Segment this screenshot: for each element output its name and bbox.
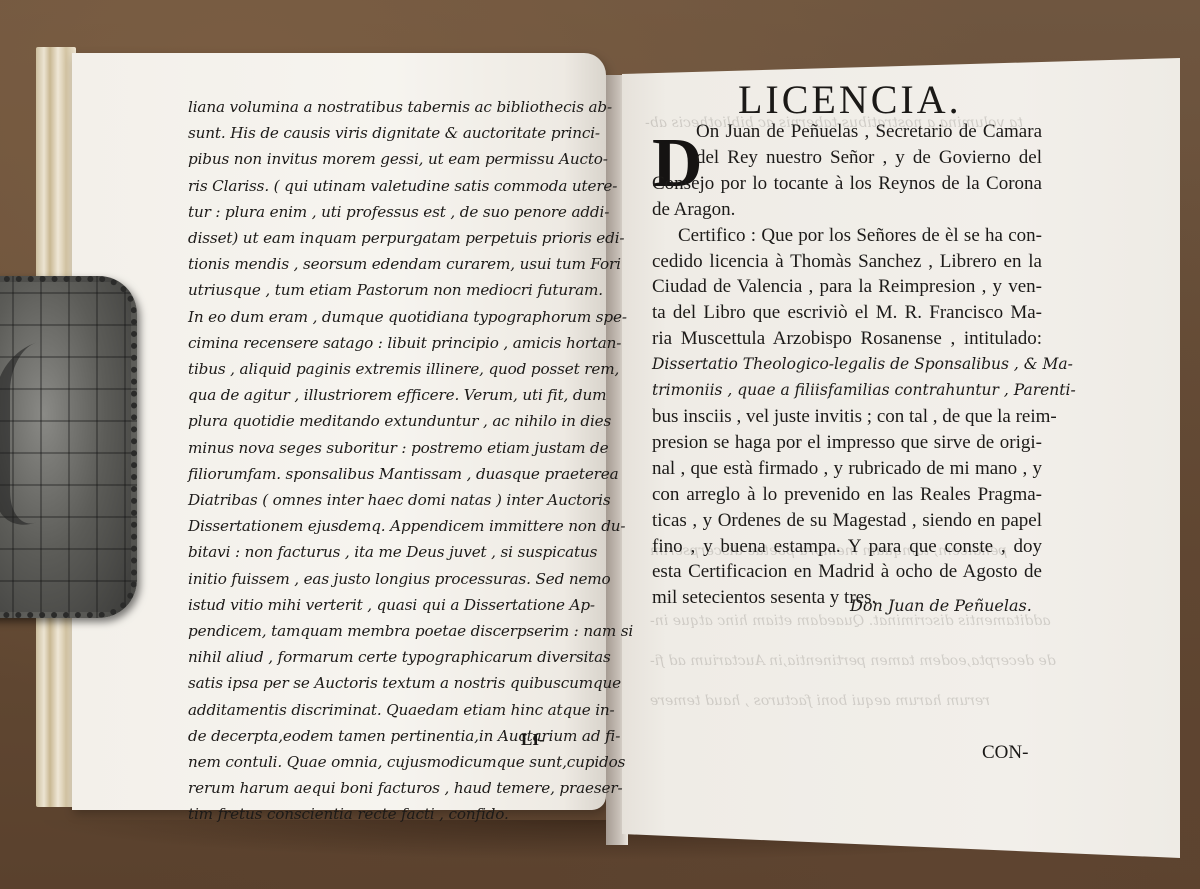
text-line: additamentis discriminat. Quaedam etiam … (188, 697, 570, 723)
metal-bookmark-clip (0, 276, 137, 618)
text-line: tur : plura enim , uti professus est , d… (188, 199, 570, 225)
left-page-body: liana volumina a nostratibus tabernis ac… (188, 94, 570, 828)
text-line: istud vitio mihi verterit , quasi qui a … (188, 592, 570, 618)
text-line: Consejo por lo tocante à los Reynos de l… (652, 171, 1042, 197)
page-title: LICENCIA. (738, 76, 962, 123)
text-line: presion se haga por el impresso que sirv… (652, 430, 1042, 456)
text-line: qua de agitur , illustriorem efficere. V… (188, 382, 570, 408)
show-through-text: de decerpta,eodem tamen pertinentia,in A… (650, 650, 1056, 672)
text-line: filiorumfam. sponsalibus Mantissam , dua… (188, 461, 570, 487)
text-line: In eo dum eram , dumque quotidiana typog… (188, 304, 570, 330)
text-line: tionis mendis , seorsum edendam curarem,… (188, 251, 570, 277)
text-line: con arreglo à lo prevenido en las Reales… (652, 482, 1042, 508)
text-line: utriusque , tum etiam Pastorum non medio… (188, 277, 570, 303)
text-line: pendicem, tamquam membra poetae discerps… (188, 618, 570, 644)
text-line: ta del Libro que escriviò el M. R. Franc… (652, 300, 1042, 326)
text-line: Dissertationem ejusdemq. Appendicem immi… (188, 513, 570, 539)
text-line: initio fuissem , eas justo longius proce… (188, 566, 570, 592)
text-line: trimoniis , quae a filiisfamilias contra… (652, 378, 1042, 404)
text-line: Diatribas ( omnes inter haec domi natas … (188, 487, 570, 513)
right-page-body: On Juan de Peñuelas , Secretario de Cama… (652, 119, 1042, 611)
text-line: rerum harum aequi boni facturos , haud t… (188, 775, 570, 801)
text-line: cimina recensere satago : libuit princip… (188, 330, 570, 356)
text-line: minus nova seges suboritur : postremo et… (188, 435, 570, 461)
text-line: pibus non invitus morem gessi, ut eam pe… (188, 146, 570, 172)
text-line: de decerpta,eodem tamen pertinentia,in A… (188, 723, 570, 749)
text-line: sunt. His de causis viris dignitate & au… (188, 120, 570, 146)
text-line: tim fretus conscientia recte facti , con… (188, 801, 570, 827)
text-line: ria Muscettula Arzobispo Rosanense , int… (652, 326, 1042, 352)
text-line: On Juan de Peñuelas , Secretario de Cama… (652, 119, 1042, 145)
text-line: nihil aliud , formarum certe typographic… (188, 644, 570, 670)
text-line: de Aragon. (652, 197, 1042, 223)
text-line: nem contuli. Quae omnia, cujusmodicumque… (188, 749, 570, 775)
text-line: tibus , aliquid paginis extremis illiner… (188, 356, 570, 382)
text-line: ris Clariss. ( qui utinam valetudine sat… (188, 173, 570, 199)
text-line: nal , que està firmado , y rubricado de … (652, 456, 1042, 482)
text-line: disset) ut eam inquam perpurgatam perpet… (188, 225, 570, 251)
text-line: esta Certificacion en Madrid à ocho de A… (652, 559, 1042, 585)
text-line: bus insciis , vel juste invitis ; con ta… (652, 404, 1042, 430)
text-line: Certifico : Que por los Señores de èl se… (652, 223, 1042, 249)
text-line: liana volumina a nostratibus tabernis ac… (188, 94, 570, 120)
catchword-left: LI- (521, 730, 545, 750)
text-line: bitavi : non facturus , ita me Deus juve… (188, 539, 570, 565)
text-line: fino , y buena estampa. Y para que const… (652, 534, 1042, 560)
text-line: plura quotidie meditando extunduntur , a… (188, 408, 570, 434)
signature: Don Juan de Peñuelas. (850, 596, 1032, 615)
text-line: satis ipsa per se Auctoris textum a nost… (188, 670, 570, 696)
catchword-right: CON- (982, 742, 1028, 764)
text-line: del Rey nuestro Señor , y de Govierno de… (652, 145, 1042, 171)
text-line: cedido licencia à Thomàs Sanchez , Libre… (652, 249, 1042, 275)
text-line: Ciudad de Valencia , para la Reimpresion… (652, 274, 1042, 300)
show-through-text: rerum harum aequi boni facturos , haud t… (650, 690, 990, 712)
text-line: ticas , y Ordenes de su Magestad , siend… (652, 508, 1042, 534)
text-line: Dissertatio Theologico-legalis de Sponsa… (652, 352, 1042, 378)
